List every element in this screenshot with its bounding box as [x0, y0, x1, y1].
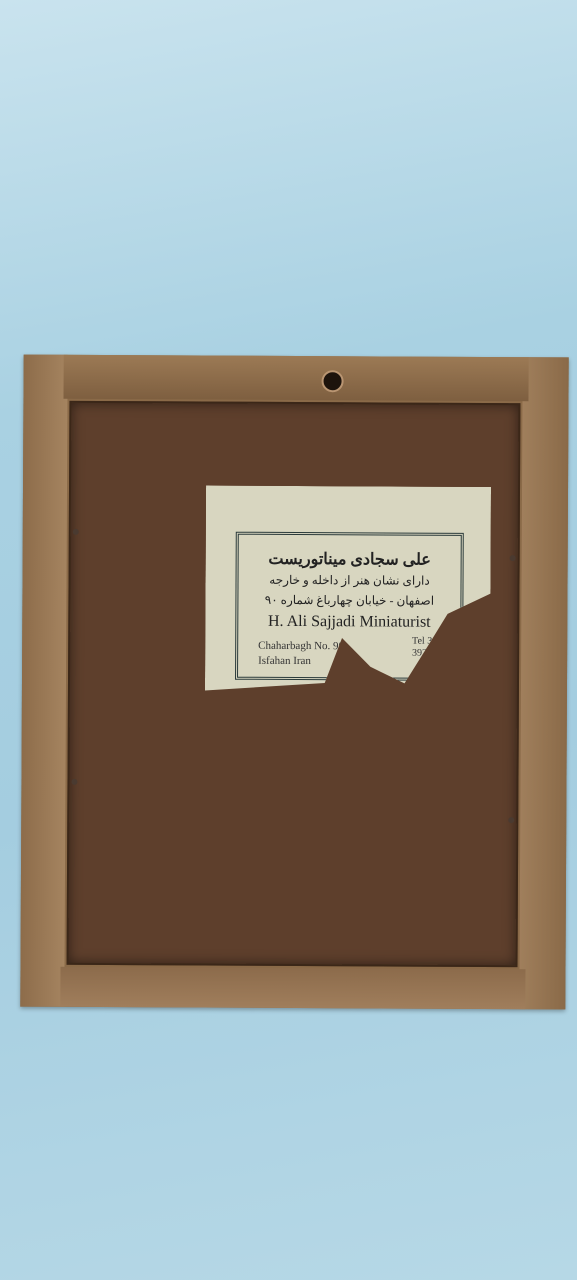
- frame-top-rail: [63, 355, 528, 401]
- frame-bottom-rail: [60, 967, 525, 1009]
- backing-board: علی سجادی میناتوریست دارای نشان هنر از د…: [67, 401, 521, 967]
- nail: [510, 555, 516, 561]
- tel-label: Tel: [412, 636, 425, 647]
- frame-right-rail: [519, 357, 568, 1009]
- english-address: Chaharbagh No. 90 Isfahan Iran: [258, 639, 344, 669]
- label-ornamental-border: علی سجادی میناتوریست دارای نشان هنر از د…: [235, 532, 464, 681]
- persian-award-line: دارای نشان هنر از داخله و خارجه: [238, 573, 460, 589]
- persian-artist-name: علی سجادی میناتوریست: [239, 549, 461, 570]
- telephone: Tel 38303 39248: [412, 636, 452, 660]
- nail: [73, 529, 79, 535]
- english-artist-name: H. Ali Sajjadi Miniaturist: [238, 613, 460, 632]
- address-line-1: Chaharbagh No. 90: [258, 639, 344, 654]
- persian-address-line: اصفهان - خیابان چهارباغ شماره ۹۰: [238, 593, 460, 609]
- hanging-hole: [322, 370, 344, 392]
- nail: [71, 779, 77, 785]
- artist-label: علی سجادی میناتوریست دارای نشان هنر از د…: [205, 486, 491, 692]
- nail: [508, 817, 514, 823]
- frame-left-rail: [20, 355, 67, 1007]
- tel-number-1: 38303: [427, 636, 452, 647]
- address-line-2: Isfahan Iran: [258, 654, 344, 669]
- picture-frame-back: علی سجادی میناتوریست دارای نشان هنر از د…: [20, 355, 568, 1010]
- tel-number-2: 39248: [412, 648, 437, 659]
